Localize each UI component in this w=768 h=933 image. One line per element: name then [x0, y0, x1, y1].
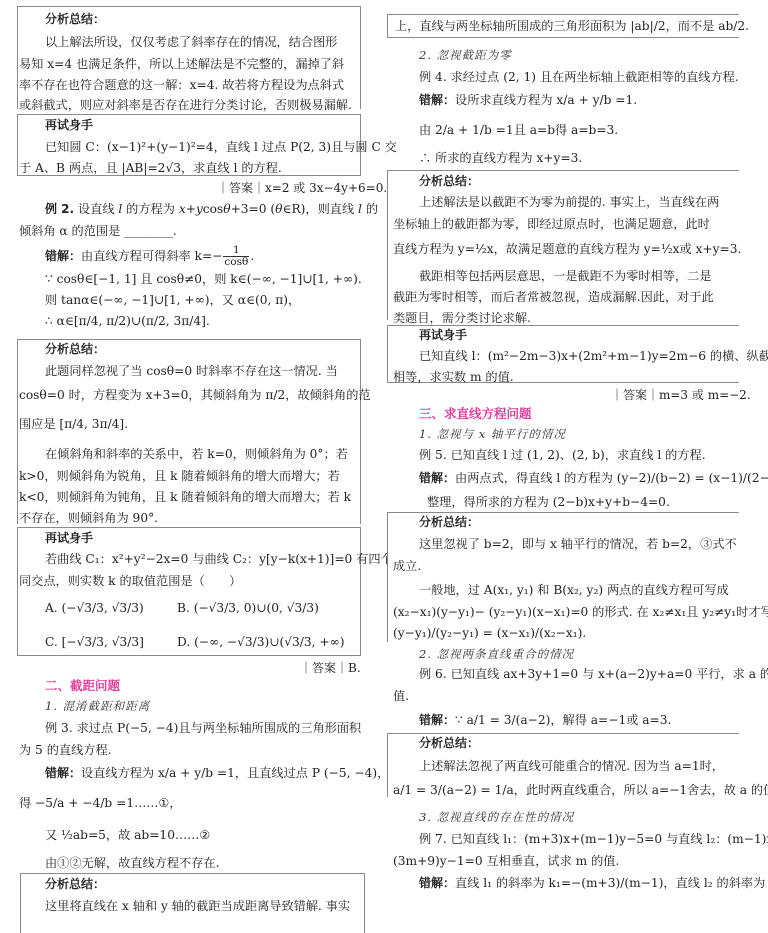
wrong-solution: 错解：直线 l₁ 的斜率为 k₁=−(m+3)/(m−1)，直线 l₂ 的斜率为… [419, 877, 768, 889]
text-line: 率不存在也符合题意的这一解：x=4. 故若将方程设为点斜式 [19, 79, 344, 91]
option-c: C. [−√3/3, √3/3] [45, 636, 144, 648]
example-2: 例 2.例 2. 设直线 l 的方程为 x+ycosθ+3=0 (θ∈R)，则直… [45, 203, 378, 215]
wrong-label: 错解： [419, 713, 455, 727]
wrong-label: 错解： [45, 249, 81, 263]
wrong-text: 设直线方程为 x/a + y/b =1，且直线过点 P (−5, −4)， [81, 766, 389, 780]
wrong-label: 错解： [419, 876, 455, 890]
text-line: 上述解法忽视了两直线可能重合的情况. 因为当 a=1时， [419, 760, 724, 772]
text-line: 截距相等包括两层意思，一是截距不为零时相等，二是 [419, 270, 712, 282]
box-title: 分析总结： [45, 13, 105, 25]
text-line: 倾斜角 α 的范围是 ________. [19, 225, 177, 237]
box-title: 分析总结： [45, 878, 105, 890]
subsection-heading: 1. 忽视与 x 轴平行的情况 [419, 429, 566, 441]
text-line: 值. [393, 690, 409, 702]
answer: ｜答案｜x=2 或 3x−4y+6=0. [217, 182, 387, 194]
text-line: 已知直线 l：(m²−2m−3)x+(2m²+m−1)y=2m−6 的横、纵截距 [419, 350, 768, 362]
subsection-heading: 1. 混淆截距和距离 [45, 701, 150, 713]
text-line: 以上解法所设，仅仅考虑了斜率存在的情况，结合图形 [45, 36, 338, 48]
text-line: 一般地，过 A(x₁, y₁) 和 B(x₂, y₂) 两点的直线方程可写成 [419, 584, 729, 596]
wrong-text: 直线 l₁ 的斜率为 k₁=−(m+3)/(m−1)，直线 l₂ 的斜率为 k₂… [455, 876, 768, 890]
text-line: (y−y₁)/(y₂−y₁) = (x−x₁)/(x₂−x₁). [393, 627, 586, 639]
answer: ｜答案｜B. [300, 662, 361, 674]
box-title: 分析总结： [419, 737, 479, 749]
subsection-heading: 2. 忽视两条直线重合的情况 [419, 649, 574, 661]
text-line: 直线方程为 y=½x，故满足题意的直线方程为 y=½x或 x+y=3. [393, 243, 741, 255]
text-line: 不存在，则倾斜角为 90°. [19, 512, 158, 524]
box-title: 分析总结： [419, 175, 479, 187]
wrong-label: 错解： [419, 93, 455, 107]
wrong-solution: 错解：由直线方程可得斜率 k=−1cosθ. [45, 245, 254, 268]
answer: ｜答案｜m=3 或 m=−2. [611, 389, 751, 401]
text-line: k<0，则倾斜角为钝角，且 k 随着倾斜角的增大而增大；若 k [19, 491, 351, 503]
wrong-solution: 错解：由两点式，得直线 l 的方程为 (y−2)/(b−2) = (x−1)/(… [419, 472, 768, 484]
text-line: 为 5 的直线方程. [19, 744, 112, 756]
fraction: 1cosθ [223, 245, 249, 268]
wrong-label: 错解： [45, 766, 81, 780]
analysis-summary-box-5 [387, 512, 739, 642]
text-line: (x₂−x₁)(y−y₁)− (y₂−y₁)(x−x₁)=0 的形式. 在 x₂… [393, 606, 768, 618]
section-heading: 二、截距问题 [45, 680, 120, 693]
wrong-solution: 错解：设所求直线方程为 x/a + y/b =1. [419, 94, 637, 106]
option-d: D. (−∞, −√3/3)∪(√3/3, +∞) [177, 636, 345, 648]
text-line: 在倾斜角和斜率的关系中，若 k=0，则倾斜角为 0°；若 [45, 448, 348, 460]
step: ∵ cosθ∈[−1, 1] 且 cosθ≠0，则 k∈(−∞, −1]∪[1,… [45, 273, 362, 285]
wrong-text: 由两点式，得直线 l 的方程为 (y−2)/(b−2) = (x−1)/(2−1… [455, 471, 768, 485]
text-line: 由①②无解，故直线方程不存在. [45, 857, 220, 869]
text-line: a/1 = 3/(a−2) = 1/a，此时两直线重合，所以 a=−1舍去，故 … [393, 784, 768, 796]
box-title: 分析总结： [45, 343, 105, 355]
text-line: (3m+9)y−1=0 互相垂直，试求 m 的值. [393, 855, 619, 867]
wrong-text: 由直线方程可得斜率 k=− [81, 249, 222, 263]
box-title: 再试身手 [419, 329, 467, 341]
text-line: 已知圆 C：(x−1)²+(y−1)²=4，直线 l 过点 P(2, 3)且与圆… [45, 141, 397, 153]
step: 则 tanα∈(−∞, −1]∪[1, +∞)，又 α∈(0, π)， [45, 294, 300, 306]
text-line: 同交点，则实数 k 的取值范围是（ ） [19, 575, 241, 587]
box-title: 再试身手 [45, 119, 93, 131]
subsection-heading: 2. 忽视截距为零 [419, 50, 512, 62]
example-3: 例 3. 求过点 P(−5, −4)且与两坐标轴所围成的三角形面积 [45, 722, 361, 734]
text-line: cosθ=0 时，方程变为 x+3=0，其倾斜角为 π/2，故倾斜角的范 [19, 389, 371, 401]
text-line: 围应是 [π/4, 3π/4]. [19, 418, 128, 430]
wrong-text: 设所求直线方程为 x/a + y/b =1. [455, 93, 637, 107]
text-line: 这里将直线在 x 轴和 y 轴的截距当成距离导致错解. 事实 [45, 900, 350, 912]
text-line: 又 ½ab=5，故 ab=10……② [45, 829, 210, 841]
subsection-heading: 3. 忽视直线的存在性的情况 [419, 812, 574, 824]
text-line: k>0，则倾斜角为锐角，且 k 随着倾斜角的增大而增大；若 [19, 470, 340, 482]
example-label: 例 2. [45, 202, 74, 216]
text-line: 截距为零时相等，而后者常被忽视，造成漏解.因此，对于此 [393, 291, 714, 303]
wrong-text: ∵ a/1 = 3/(a−2)，解得 a=−1或 a=3. [455, 713, 671, 727]
option-a: A. (−√3/3, √3/3) [45, 602, 144, 614]
wrong-solution: 错解：设直线方程为 x/a + y/b =1，且直线过点 P (−5, −4)， [45, 767, 389, 779]
example-5: 例 5. 已知直线 l 过 (1, 2)、(2, b)，求直线 l 的方程. [419, 449, 706, 461]
text-line: 相等，求实数 m 的值. [393, 371, 514, 383]
text-line: 若曲线 C₁：x²+y²−2x=0 与曲线 C₂：y[y−k(x+1)]=0 有… [45, 553, 405, 565]
box-title: 分析总结： [419, 516, 479, 528]
example-6: 例 6. 已知直线 ax+3y+1=0 与 x+(a−2)y+a=0 平行，求 … [419, 668, 768, 680]
box-title: 再试身手 [45, 532, 93, 544]
text-line: 此题同样忽视了当 cosθ=0 时斜率不存在这一情况. 当 [45, 365, 338, 377]
text-line: 这里忽视了 b=2，即与 x 轴平行的情况，若 b=2，③式不 [419, 538, 737, 550]
example-7: 例 7. 已知直线 l₁：(m+3)x+(m−1)y−5=0 与直线 l₂：(m… [419, 833, 768, 845]
text-line: 于 A、B 两点，且 |AB|=2√3，求直线 l 的方程. [19, 162, 282, 174]
text-line: 或斜截式，则应对斜率是否存在进行分类讨论，否则极易漏解. [19, 99, 352, 111]
text-line: 上，直线与两坐标轴所围成的三角形面积为 |ab|/2，而不是 ab/2. [395, 20, 749, 32]
text-line: 易知 x=4 也满足条件，所以上述解法是不完整的，漏掉了斜 [19, 58, 344, 70]
text-line: 得 −5/a + −4/b =1……①， [19, 797, 182, 809]
example-4: 例 4. 求经过点 (2, 1) 且在两坐标轴上截距相等的直线方程. [419, 71, 739, 83]
step: ∴ α∈[π/4, π/2)∪(π/2, 3π/4]. [45, 315, 210, 327]
text-line: ∴ 所求的直线方程为 x+y=3. [419, 152, 582, 164]
text-line: 类题目，需分类讨论求解. [393, 312, 531, 324]
text-line: 由 2/a + 1/b =1且 a=b得 a=b=3. [419, 124, 618, 136]
text-line: 坐标轴上的截距都为零，即经过原点时，也满足题意，此时 [393, 218, 710, 230]
text-line: 整理，得所求的方程为 (2−b)x+y+b−4=0. [427, 496, 670, 508]
wrong-label: 错解： [419, 471, 455, 485]
section-heading: 三、求直线方程问题 [419, 408, 532, 421]
text-line: 成立. [393, 560, 421, 572]
text-line: 上述解法是以截距不为零为前提的. 事实上，当直线在两 [419, 196, 719, 208]
wrong-solution: 错解：∵ a/1 = 3/(a−2)，解得 a=−1或 a=3. [419, 714, 671, 726]
option-b: B. (−√3/3, 0)∪(0, √3/3) [177, 602, 319, 614]
